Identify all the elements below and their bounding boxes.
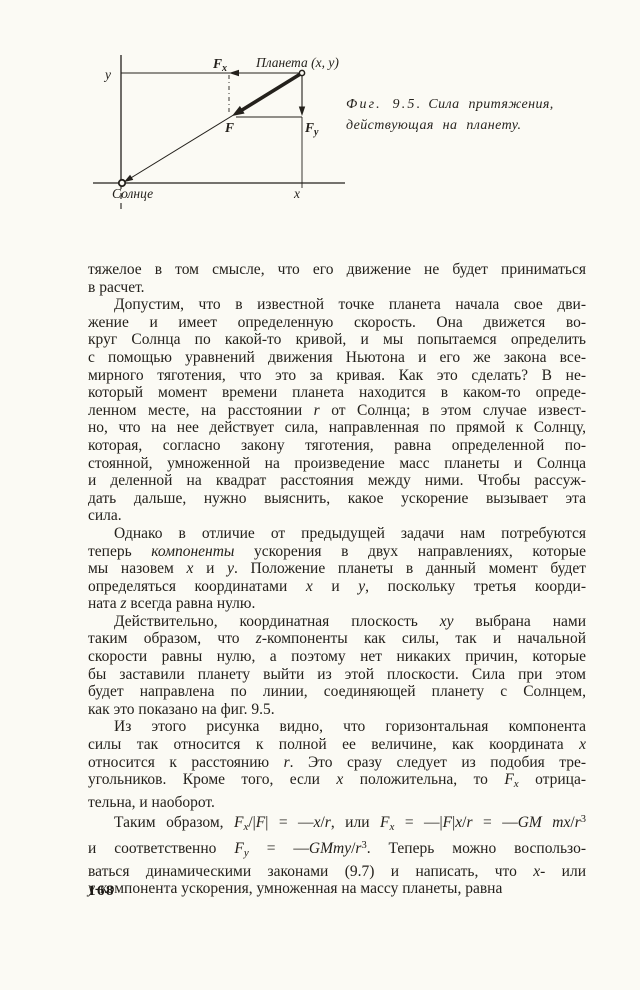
text-line: относится к расстоянию r. Это сразу след… <box>88 754 586 772</box>
text-line: мирного тяготения, что это за кривая. Ка… <box>88 367 586 385</box>
text-line: таким образом, что z-компоненты как силы… <box>88 630 586 648</box>
fy-arrowhead <box>299 107 305 117</box>
figure-caption-line1: Фиг. 9.5.Сила притяжения, <box>346 94 630 115</box>
text-line: стоянной, умноженной на произведение мас… <box>88 455 586 473</box>
text-line: с помощью уравнений движения Ньютона и е… <box>88 349 586 367</box>
planet-label: Планета (x, y) <box>255 55 339 70</box>
paragraph: Допустим, что в известной точке планета … <box>88 296 586 525</box>
text-line: Из этого рисунка видно, что горизонтальн… <box>88 718 586 736</box>
planet-point <box>299 70 304 75</box>
figure-caption-line2: действующая на планету. <box>346 115 630 136</box>
figure-caption: Фиг. 9.5.Сила притяжения, действующая на… <box>346 94 630 136</box>
paragraph: Таким образом, Fx/|F| = —x/r, или Fx = —… <box>88 811 586 897</box>
fx-label: Fx <box>212 56 227 74</box>
paragraph: тяжелое в том смысле, что его движение н… <box>88 261 586 296</box>
text-line: в расчет. <box>88 279 586 297</box>
paragraph: Однако в отличие от предыдущей задачи на… <box>88 525 586 613</box>
text-line: которая, согласно закону тяготения, равн… <box>88 437 586 455</box>
text-line: угольников. Кроме того, если x положител… <box>88 771 586 794</box>
text-line: Допустим, что в известной точке планета … <box>88 296 586 314</box>
text-line: ваться динамическими законами (9.7) и на… <box>88 863 586 881</box>
text-line: теперь компоненты ускорения в двух напра… <box>88 543 586 561</box>
y-axis-label: y <box>103 67 111 82</box>
figure-9-5-diagram: y x Планета (x, y) Солнце Fx Fy F <box>85 42 350 214</box>
text-line: и деленной на квадрат расстояния между н… <box>88 472 586 490</box>
text-line: бы заставили планету выйти из этой плоск… <box>88 666 586 684</box>
text-line: жение и имеет определенную скорость. Она… <box>88 314 586 332</box>
force-diagram-svg: y x Планета (x, y) Солнце Fx Fy F <box>85 42 350 214</box>
text-line: круг Солнца по какой-то кривой, и мы поп… <box>88 331 586 349</box>
text-line: дать дальше, нужно выяснить, какое ускор… <box>88 490 586 508</box>
fx-arrowhead <box>229 70 239 76</box>
text-line: но, что на нее действует сила, направлен… <box>88 419 586 437</box>
paragraph: Из этого рисунка видно, что горизонтальн… <box>88 718 586 811</box>
text-line: как это показано на фиг. 9.5. <box>88 701 586 719</box>
text-line: мы назовем x и y. Положение планеты в да… <box>88 560 586 578</box>
figure-caption-number: Фиг. 9.5. <box>346 97 422 112</box>
text-line: определяться координатами x и y, посколь… <box>88 578 586 596</box>
sun-label: Солнце <box>112 186 153 201</box>
text-line: и соответственно Fy = —GMmy/r3. Теперь м… <box>88 837 586 863</box>
fy-label: Fy <box>304 120 319 138</box>
text-line: силы так относится к полной ее величине,… <box>88 736 586 754</box>
text-line: y-компонента ускорения, умноженная на ма… <box>88 880 586 898</box>
text-line: сила. <box>88 507 586 525</box>
text-line: Таким образом, Fx/|F| = —x/r, или Fx = —… <box>88 811 586 837</box>
book-page: y x Планета (x, y) Солнце Fx Fy F Фиг. 9… <box>0 0 640 990</box>
text-line: ленном месте, на расстоянии r от Солнца;… <box>88 402 586 420</box>
text-line: тяжелое в том смысле, что его движение н… <box>88 261 586 279</box>
force-label: F <box>224 120 234 135</box>
text-line: будет направлена по линии, соединяющей п… <box>88 683 586 701</box>
text-line: тельна, и наоборот. <box>88 794 586 812</box>
force-vector-line <box>238 73 302 113</box>
text-line: ната z всегда равна нулю. <box>88 595 586 613</box>
force-vector-arrowhead <box>232 106 245 116</box>
figure-caption-text1: Сила притяжения, <box>428 97 553 112</box>
text-line: Действительно, координатная плоскость xy… <box>88 613 586 631</box>
text-line: скорости равны нулю, а поэтому нет никак… <box>88 648 586 666</box>
page-number: 168 <box>88 883 115 900</box>
paragraph: Действительно, координатная плоскость xy… <box>88 613 586 719</box>
text-line: Однако в отличие от предыдущей задачи на… <box>88 525 586 543</box>
body-text: тяжелое в том смысле, что его движение н… <box>88 261 586 898</box>
text-line: который момент времени планета находится… <box>88 384 586 402</box>
x-axis-label: x <box>293 186 300 201</box>
